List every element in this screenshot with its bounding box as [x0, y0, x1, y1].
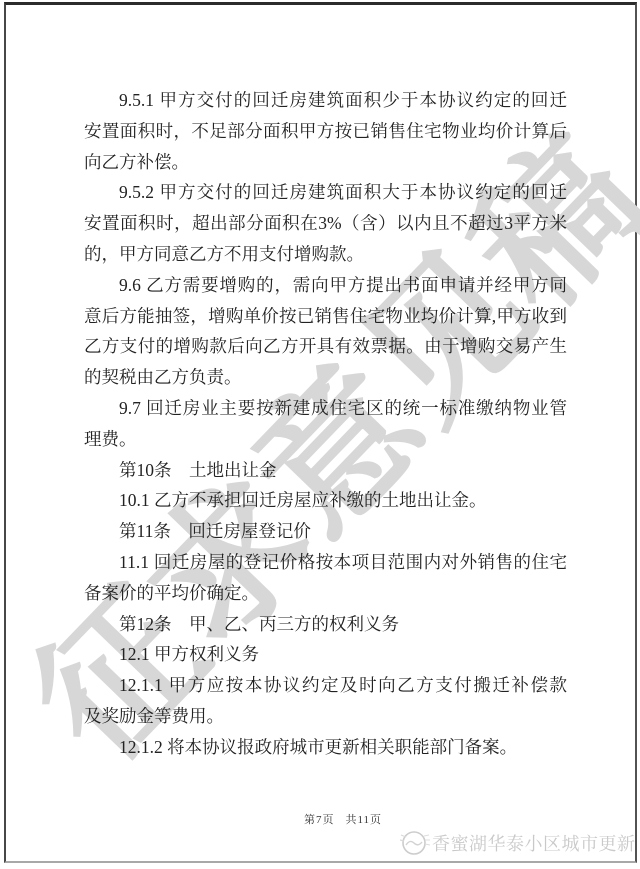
text-line: 第12条 甲、乙、丙三方的权利义务 — [84, 609, 567, 640]
text-line: 9.7 回迁房业主要按新建成住宅区的统一标准缴纳物业管 — [84, 393, 567, 424]
text-line: 9.6 乙方需要增购的，需向甲方提出书面申请并经甲方同 — [84, 270, 567, 301]
text-line: 9.5.1 甲方交付的回迁房建筑面积少于本协议约定的回迁 — [84, 85, 567, 116]
document-body: 9.5.1 甲方交付的回迁房建筑面积少于本协议约定的回迁安置面积时，不足部分面积… — [84, 85, 567, 763]
page-number: 第7页 — [304, 814, 335, 826]
text-line: 安置面积时，超出部分面积在3%（含）以内且不超过3平方米 — [84, 208, 567, 239]
text-line: 向乙方补偿。 — [84, 147, 567, 178]
text-line: 及奖励金等费用。 — [84, 701, 567, 732]
text-line: 意后方能抽签，增购单价按已销售住宅物业均价计算,甲方收到 — [84, 301, 567, 332]
brand-watermark: 香蜜湖华泰小区城市更新 — [396, 827, 636, 858]
text-line: 备案价的平均价确定。 — [84, 578, 567, 609]
text-line: 9.5.2 甲方交付的回迁房建筑面积大于本协议约定的回迁 — [84, 177, 567, 208]
brand-name: 香蜜湖华泰小区城市更新 — [432, 830, 636, 856]
text-line: 乙方支付的增购款后向乙方开具有效票据。由于增购交易产生 — [84, 331, 567, 362]
text-line: 11.1 回迁房屋的登记价格按本项目范围内对外销售的住宅 — [84, 547, 567, 578]
text-line: 安置面积时，不足部分面积甲方按已销售住宅物业均价计算后 — [84, 116, 567, 147]
brand-logo-icon — [396, 827, 432, 858]
document-scan: 征求意见稿 9.5.1 甲方交付的回迁房建筑面积少于本协议约定的回迁安置面积时，… — [0, 0, 640, 869]
text-line: 10.1 乙方不承担回迁房屋应补缴的土地出让金。 — [84, 485, 567, 516]
text-line: 的契税由乙方负责。 — [84, 362, 567, 393]
text-line: 理费。 — [84, 424, 567, 455]
text-line: 的，甲方同意乙方不用支付增购款。 — [84, 239, 567, 270]
text-line: 12.1.1 甲方应按本协议约定及时向乙方支付搬迁补偿款 — [84, 670, 567, 701]
text-line: 12.1.2 将本协议报政府城市更新相关职能部门备案。 — [84, 732, 567, 763]
page-total: 共11页 — [345, 814, 382, 826]
page-footer: 第7页共11页 — [0, 811, 640, 827]
text-line: 第10条 土地出让金 — [84, 455, 567, 486]
text-line: 第11条 回迁房屋登记价 — [84, 516, 567, 547]
text-line: 12.1 甲方权利义务 — [84, 639, 567, 670]
